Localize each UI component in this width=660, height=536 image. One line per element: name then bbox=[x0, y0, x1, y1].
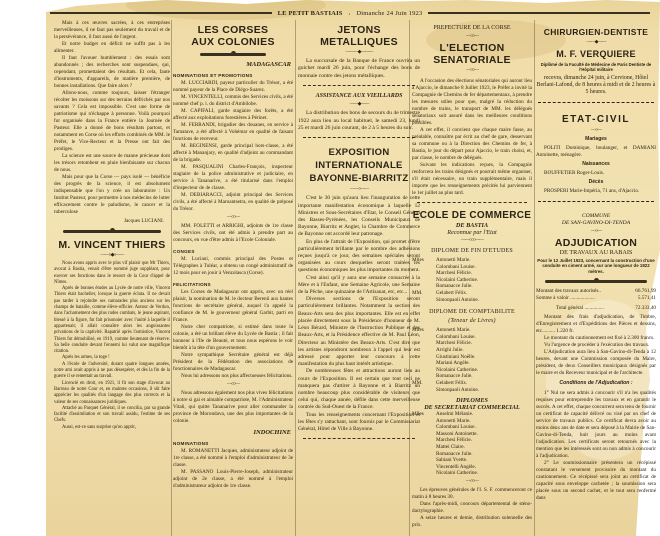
election-headline: L'ELECTION SENATORIALE bbox=[412, 42, 532, 66]
nomination-item: M. VINCENTELLI, commis des Services civi… bbox=[173, 94, 293, 108]
masthead-rule-right bbox=[428, 12, 650, 14]
person-name: Marchesi Félicie. bbox=[436, 437, 472, 443]
diplome-secretariat-heading: DIPLOMES DE SECRETARIAT COMMERCIAL bbox=[412, 397, 532, 411]
total-row: Total général ............... 72.333,40 bbox=[536, 305, 656, 312]
name-entry: Massoni Antoinette. bbox=[436, 431, 532, 438]
adjudication-intro: Pour le 12 Juillet 1923, concernant la c… bbox=[536, 258, 656, 275]
column-4: PREFECTURE DE LA CORSE —○○— L'ELECTION S… bbox=[412, 20, 532, 529]
assistance-headline: ASSISTANCE AUX VIEILLARDS bbox=[298, 93, 420, 100]
person-name: Sabiani Yvette. bbox=[436, 457, 467, 463]
name-entry: MM.Gelabert Félix. bbox=[436, 380, 532, 387]
ornament-chain bbox=[538, 201, 653, 207]
article-paragraph: A seize heures et demie, distribution so… bbox=[412, 515, 532, 529]
name-entry: Antonetti Marie. bbox=[436, 418, 532, 425]
nomination-item: M. FERRANDI, brigadier des douanes, en s… bbox=[173, 122, 293, 143]
headline-line: EXPOSITION bbox=[298, 146, 420, 159]
ornament-small: ——○—— bbox=[298, 187, 420, 193]
felicitation-paragraph: Notre cher compatriote, si estimé dans t… bbox=[173, 324, 293, 352]
section-madagascar: MADAGASCAR bbox=[173, 61, 291, 68]
luciani-article: Mais à ces œuvres sacrées, à ces entrepr… bbox=[54, 20, 170, 216]
name-entry: Marchesi Félicie. bbox=[436, 437, 532, 444]
name-entry: Marchesi Félicie. bbox=[436, 270, 532, 277]
naissances-label: Naissances bbox=[536, 161, 656, 168]
exposition-article: C'est le 30 juin qu'aura lieu l'inaugura… bbox=[298, 195, 420, 433]
article-paragraph: A l'école de l'adversité, durant quatre … bbox=[54, 362, 170, 381]
nominations-kicker: NOMINATIONS ET PROMOTIONS bbox=[173, 72, 293, 79]
ornament-small: ——◆—— bbox=[298, 102, 420, 108]
amount-row: Somme à valoir ...................5.571,… bbox=[536, 295, 656, 302]
epreuves-article: Les épreuves générales de l'I. S. F. com… bbox=[412, 487, 532, 529]
frais-row: Montant des frais d'adjudication, de Tim… bbox=[536, 314, 656, 335]
article-paragraph: Mais à ces œuvres sacrées, à ces entrepr… bbox=[54, 20, 170, 41]
felicitation-paragraph: Notre sympathique Secrétaire général est… bbox=[173, 352, 293, 373]
person-name: Arrighi Julie. bbox=[436, 347, 464, 353]
conditions-label: Conditions de l'Adjudication : bbox=[536, 380, 656, 387]
name-entry: Romanacce Julie. bbox=[436, 451, 532, 458]
jetons-headline: JETONS METALLIQUES bbox=[298, 24, 420, 48]
name-entry: Simonpaoli Antoine. bbox=[436, 297, 532, 304]
diplome-secretariat-names: MllesAnselmi Mélanie.Antonetti Marie.Col… bbox=[412, 411, 532, 477]
dentiste-credentials: Diplômé de la Faculté de Médecine de Par… bbox=[536, 62, 656, 73]
ecole-city: DE BASTIA bbox=[412, 222, 532, 229]
deces-label: Décès bbox=[536, 179, 656, 186]
nomination-item: M. PASQUALINI Charles-François, inspecte… bbox=[173, 164, 293, 192]
ornament-small: —○— bbox=[536, 229, 656, 235]
person-name: Simonpaoli Antoine. bbox=[436, 297, 479, 303]
assistance-paragraph: La distribution des bons de secours du 4… bbox=[298, 110, 420, 132]
person-name: Romanacce Julie. bbox=[436, 373, 473, 379]
masthead-separator: , bbox=[349, 10, 351, 16]
article-paragraph: Il faut l'avouer humblement : des essais… bbox=[54, 55, 170, 90]
frais-value: 1.220 fr. bbox=[556, 328, 573, 334]
nomination-item: M. DEBIARACCI, adjoint principal des Ser… bbox=[173, 192, 293, 213]
article-paragraph: Et notre budget en déficit ne suffit pas… bbox=[54, 41, 170, 55]
felicitations-list: Les Corses de Madagascar ont appris, ave… bbox=[173, 289, 293, 380]
nominations-list: M. LUCCIARDI, payeur particulier du Trés… bbox=[173, 80, 293, 213]
ornament-small: ——○○○—— bbox=[412, 238, 532, 244]
nomination-item: M. PASSANO Louis-Pierre-Joseph, administ… bbox=[173, 469, 293, 490]
name-entry: Vincentelli Angèle. bbox=[436, 464, 532, 471]
ornament-small: —○○— bbox=[412, 34, 532, 40]
exposition-headline: EXPOSITION INTERNATIONALE BAYONNE-BIARRI… bbox=[298, 146, 420, 185]
article-paragraph: L'Adjudication aura lieu à San-Gavino-di… bbox=[536, 349, 656, 377]
headline-line: SENATORIALE bbox=[412, 54, 532, 66]
mariages-text: POLITI Dominique, boulanger, et DAMIANI … bbox=[536, 145, 656, 159]
adjudication-article: Vu l'urgence de procéder à l'exécution d… bbox=[536, 342, 656, 377]
election-article: A l'occasion des élections sénatoriales … bbox=[412, 78, 532, 197]
jetons-paragraph: La succursale de la Banque de France ouv… bbox=[298, 58, 420, 80]
felicitations-kicker: FELICITATIONS bbox=[173, 281, 293, 288]
ecole-headline: ECOLE DE COMMERCE bbox=[412, 210, 532, 222]
person-name: Romanacce Julie. bbox=[436, 451, 473, 457]
diplome-compta-names: MllesAntonetti Marie.Colombani Louise.Ma… bbox=[412, 327, 532, 393]
article-paragraph: Vu l'urgence de procéder à l'exécution d… bbox=[536, 342, 656, 349]
name-entry: Mariani Angèle. bbox=[436, 360, 532, 367]
nomination-item: M. BEGINENSI, garde principal hors-class… bbox=[173, 143, 293, 164]
ornament-divider bbox=[63, 230, 162, 233]
column-5: CHIRURGIEN-DENTISTE ——◆—— M. F. VERQUIER… bbox=[536, 20, 656, 502]
person-name: Antonetti Marie. bbox=[436, 327, 471, 333]
article-paragraph: C'est le 30 juin qu'aura lieu l'inaugura… bbox=[298, 195, 420, 238]
article-paragraph: A cet effet, il convient que chaque mair… bbox=[412, 127, 532, 162]
person-name: Simonpaoli Antoine. bbox=[436, 387, 479, 393]
article-paragraph: De nombreuses fêtes et attractions auron… bbox=[298, 368, 420, 411]
name-entry: Nicolaini Catherine. bbox=[436, 367, 532, 374]
newspaper-title: LE PETIT BASTIAIS bbox=[278, 10, 343, 17]
person-name: Marchesi Félicie. bbox=[436, 340, 472, 346]
article-paragraph: Tous les renseignements concernant l'Exp… bbox=[298, 412, 420, 434]
adjudication-headline: ADJUDICATION bbox=[536, 237, 656, 249]
naissances-text: BOUFFETIER Roger-Louis. bbox=[536, 170, 656, 177]
heading-line: COMMUNE bbox=[536, 213, 656, 220]
article-paragraph: C'est ainsi qu'il y aura une semaine con… bbox=[298, 275, 420, 297]
diplome-fin-heading: DIPLOME DE FIN D'ETUDES bbox=[412, 248, 532, 255]
ornament-divider bbox=[200, 53, 266, 56]
article-paragraph: Diverses sections de l'Exposition seront… bbox=[298, 296, 420, 368]
condition-item: 2° Le soumissionnaire présentera un récé… bbox=[536, 460, 656, 502]
condition-item: 1° Nul ne sera admis à concourir s'il n'… bbox=[536, 390, 656, 460]
article-paragraph: Licencié en droit, en 1921, il fit son s… bbox=[54, 381, 170, 406]
name-prefix: Mlles bbox=[412, 327, 436, 334]
amount-label: Somme à valoir ................... bbox=[536, 295, 595, 302]
ornament-small: ———◆——— bbox=[298, 50, 420, 56]
headline-line: BAYONNE-BIARRITZ bbox=[298, 172, 420, 185]
amount-label: Montant des travaux autorisés.. bbox=[536, 288, 601, 295]
name-entry: Nicolaini Catherine. bbox=[436, 470, 532, 477]
person-name: Marchesi Félicie. bbox=[436, 270, 472, 276]
column-2: LES CORSES AUX COLONIES MADAGASCAR NOMIN… bbox=[173, 20, 293, 490]
ornament-small: —○○— bbox=[173, 215, 293, 221]
ornament-small: ——◆—— bbox=[536, 40, 656, 46]
ornament-small: —○○— bbox=[173, 382, 293, 388]
name-entry: Giustiniani Noëlle. bbox=[436, 354, 532, 361]
mariages-label: Mariages bbox=[536, 136, 656, 143]
amount-row: Montant des travaux autorisés..66.761,99 bbox=[536, 288, 656, 295]
name-entry: Romanacce Julie. bbox=[436, 283, 532, 290]
name-entry: Mattei Claire. bbox=[436, 444, 532, 451]
article-paragraph: Nous avons appris avec le plus vif plais… bbox=[54, 261, 170, 286]
ornament-divider bbox=[303, 137, 415, 140]
person-name: Nicolaini Catherine. bbox=[436, 470, 478, 476]
ornament-small: —○— bbox=[536, 128, 656, 134]
name-entry: Arrighi Julie. bbox=[436, 347, 532, 354]
name-entry: Simonpaoli Antoine. bbox=[436, 387, 532, 394]
amount-value: 5.571,41 bbox=[638, 295, 656, 302]
article-paragraph: Suivant les indications reçues, la Compa… bbox=[412, 162, 532, 197]
person-name: Nicolaini Catherine. bbox=[436, 277, 478, 283]
felicitation-paragraph: Nous lui adressons nos plus affectueuses… bbox=[173, 373, 293, 380]
article-paragraph: La science est une source de manne préci… bbox=[54, 153, 170, 174]
heading-line: DE SECRETARIAT COMMERCIAL bbox=[412, 404, 532, 411]
conges-kicker: CONGES bbox=[173, 248, 293, 255]
nomination-item: M. ROMANETTI Jacques, administrateur adj… bbox=[173, 448, 293, 469]
heading-line: DE SAN-GAVINO-DI-TENDA bbox=[536, 220, 656, 227]
name-prefix: Mlles bbox=[412, 257, 436, 264]
article-signature: Jacques LUCIANI. bbox=[54, 218, 164, 225]
person-name: Gelabert Félix. bbox=[436, 290, 467, 296]
nomination-item: M. LUCCIARDI, payeur particulier du Trés… bbox=[173, 80, 293, 94]
name-entry: Marchesi Félicie. bbox=[436, 340, 532, 347]
person-name: Gelabert Félix. bbox=[436, 380, 467, 386]
ornament-divider bbox=[417, 202, 527, 205]
person-name: Giustiniani Noëlle. bbox=[436, 354, 475, 360]
article-paragraph: Mais pour que la Corse — pays isolé — bé… bbox=[54, 174, 170, 216]
masthead-rule-left bbox=[50, 12, 272, 14]
person-name: Massoni Antoinette. bbox=[436, 431, 478, 437]
name-entry: Colombani Louise. bbox=[436, 264, 532, 271]
name-entry: Sabiani Yvette. bbox=[436, 457, 532, 464]
amounts-table: Montant des travaux autorisés..66.761,99… bbox=[536, 288, 656, 302]
article-paragraph: Dans l'après-midi, concours départementa… bbox=[412, 501, 532, 515]
person-name: Vincentelli Angèle. bbox=[436, 464, 476, 470]
deces-text: PROSPERI Marie-Impéria, 71 ans, d'Ajacci… bbox=[536, 188, 656, 195]
headline-line: INTERNATIONALE bbox=[298, 159, 420, 172]
adjudication-sub: DE TRAVAUX AU RABAIS bbox=[536, 249, 656, 256]
frais-label: Montant des frais d'adjudication, de Tim… bbox=[536, 314, 656, 334]
thiers-article: Nous avons appris avec le plus vif plais… bbox=[54, 261, 170, 431]
headline-line: L'ELECTION bbox=[412, 42, 532, 54]
nomination-item: M. CAPIFALI, garde stagiaire des forêts,… bbox=[173, 108, 293, 122]
person-name: Mariani Angèle. bbox=[436, 360, 470, 366]
diplome-fin-names: MllesAntonetti Marie.Colombani Louise.Ma… bbox=[412, 257, 532, 303]
person-name: Antonetti Marie. bbox=[436, 257, 471, 263]
ornament-divider bbox=[545, 280, 647, 283]
ornament-small: —○○— bbox=[412, 68, 532, 74]
name-entry: MM.Gelabert Félix. bbox=[436, 290, 532, 297]
corses-colonies-headline: LES CORSES AUX COLONIES bbox=[173, 24, 293, 48]
conges-paragraph: M. Luciani, commis principal des Postes … bbox=[173, 256, 293, 277]
person-name: Anselmi Mélanie. bbox=[436, 411, 473, 417]
section-indochine: INDOCHINE bbox=[173, 429, 291, 436]
person-name: Romanacce Julie. bbox=[436, 283, 473, 289]
article-paragraph: A l'occasion des élections sénatoriales … bbox=[412, 78, 532, 127]
name-entry: Colombani Louise. bbox=[436, 424, 532, 431]
person-name: Mattei Claire. bbox=[436, 444, 465, 450]
vitali-paragraph: Nous adressons également nos plus vives … bbox=[173, 390, 293, 425]
ornament-chain bbox=[538, 102, 653, 108]
article-paragraph: Les épreuves générales de l'I. S. F. com… bbox=[412, 487, 532, 501]
ornament-small: —○○— bbox=[412, 479, 532, 485]
total-label: Total général ............... bbox=[556, 305, 604, 312]
diplome-compta-heading: DIPLOME DE COMPTABILITE bbox=[412, 309, 532, 316]
conditions-list: 1° Nul ne sera admis à concourir s'il n'… bbox=[536, 390, 656, 502]
masthead: LE PETIT BASTIAIS , Dimanche 24 Juin 192… bbox=[50, 8, 650, 18]
felicitation-paragraph: Les Corses de Madagascar ont appris, ave… bbox=[173, 289, 293, 324]
issue-date: Dimanche 24 Juin 1923 bbox=[356, 10, 422, 17]
person-name: Colombani Louise. bbox=[436, 334, 476, 340]
total-value: 72.333,40 bbox=[635, 305, 656, 312]
ornament-divider bbox=[303, 438, 415, 441]
ornament-divider bbox=[303, 85, 415, 88]
etat-civil-headline: ETAT-CIVIL bbox=[536, 114, 656, 126]
article-paragraph: En plus de l'attrait de l'Exposition, qu… bbox=[298, 239, 420, 275]
heading-line: DIPLOMES bbox=[412, 397, 532, 404]
article-paragraph: Aussi, est-ce sans surprise qu'on apprit… bbox=[54, 425, 170, 431]
cautionnement-text: Le montant du cautionnement est fixé à 2… bbox=[536, 335, 656, 342]
article-paragraph: Allons-nous, comme toujours, laisser l'é… bbox=[54, 90, 170, 153]
person-name: Colombani Louise. bbox=[436, 264, 476, 270]
column-3: JETONS METALLIQUES ———◆——— La succursale… bbox=[298, 20, 420, 446]
prefecture-label: PREFECTURE DE LA CORSE bbox=[412, 25, 532, 32]
name-prefix: Mlles bbox=[412, 411, 436, 418]
name-entry: MllesAntonetti Marie. bbox=[436, 257, 532, 264]
name-prefix: MM. bbox=[412, 290, 436, 297]
headline-line: AUX COLONIES bbox=[173, 36, 293, 48]
dentiste-headline: CHIRURGIEN-DENTISTE bbox=[536, 26, 656, 38]
name-prefix: MM. bbox=[412, 380, 436, 387]
name-entry: Romanacce Julie. bbox=[436, 373, 532, 380]
commune-heading: COMMUNE DE SAN-GAVINO-DI-TENDA bbox=[536, 213, 656, 227]
dentiste-text: recevra, dimanche 24 juin, à Cervione, H… bbox=[536, 75, 656, 96]
column-1: Mais à ces œuvres sacrées, à ces entrepr… bbox=[54, 20, 170, 431]
dentiste-name: M. F. VERQUIERE bbox=[536, 48, 656, 60]
amount-value: 66.761,99 bbox=[635, 288, 656, 295]
ornament-small: ——○◆○—— bbox=[54, 253, 170, 259]
thiers-headline: M. VINCENT THIERS bbox=[54, 239, 170, 251]
indochine-list: M. ROMANETTI Jacques, administrateur adj… bbox=[173, 448, 293, 490]
person-name: Colombani Louise. bbox=[436, 424, 476, 430]
indochine-kicker: NOMINATIONS bbox=[173, 440, 293, 447]
person-name: Antonetti Marie. bbox=[436, 418, 471, 424]
name-entry: MllesAntonetti Marie. bbox=[436, 327, 532, 334]
article-paragraph: Après de bonnes études au Lycée de notre… bbox=[54, 286, 170, 355]
diplome-compta-sub: (Teneur de Livres) bbox=[412, 318, 532, 325]
foletti-paragraph: MM. FOLETTI et ARRIGHI, adjoints de 1re … bbox=[173, 223, 293, 244]
name-entry: Nicolaini Catherine. bbox=[436, 277, 532, 284]
ecole-reconnue: Reconnue par l'Etat bbox=[412, 229, 532, 236]
name-entry: Colombani Louise. bbox=[436, 334, 532, 341]
article-paragraph: Attaché au Parquet Général, il se concil… bbox=[54, 406, 170, 425]
name-entry: MllesAnselmi Mélanie. bbox=[436, 411, 532, 418]
headline-line: LES CORSES bbox=[173, 24, 293, 36]
person-name: Nicolaini Catherine. bbox=[436, 367, 478, 373]
